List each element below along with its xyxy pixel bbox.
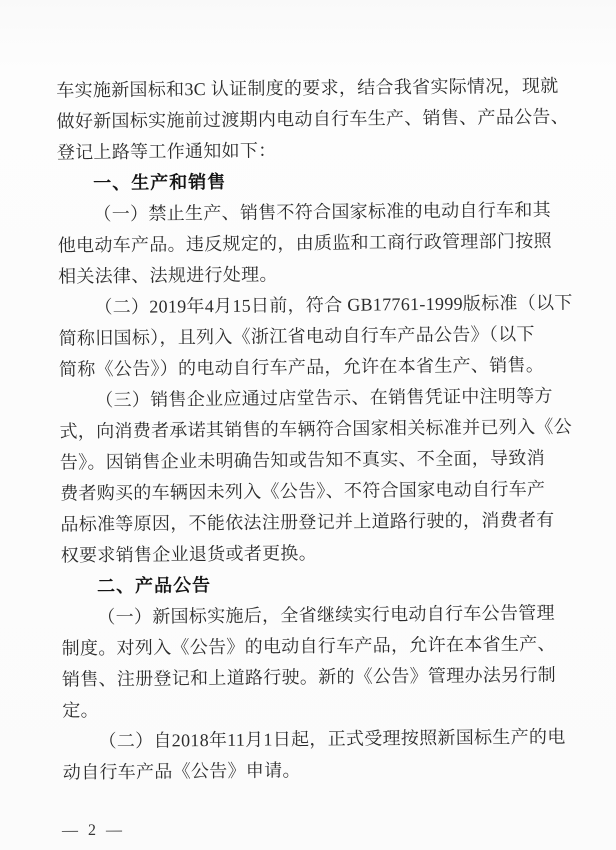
body-line: （一）禁止生产、销售不符合国家标准的电动自行车和其 xyxy=(57,195,567,231)
body-line: 登记上路等工作通知如下： xyxy=(57,133,567,169)
section-2-heading: 二、产品公告 xyxy=(61,567,571,603)
body-line: （二）2019年4月15日前，符合 GB17761-1999版标准（以下 xyxy=(58,288,568,324)
body-line: 式，向消费者承诺其销售的车辆符合国家相关标准并已列入《公 xyxy=(59,412,569,448)
body-line: 简称《公告》）的电动自行车产品，允许在本省生产、销售。 xyxy=(59,350,569,386)
body-line: 简称旧国标），且列入《浙江省电动自行车产品公告》（以下 xyxy=(59,319,569,355)
body-line: 车实施新国标和3C 认证制度的要求，结合我省实际情况，现就 xyxy=(56,71,566,107)
body-line: 品标准等原因，不能依法注册登记并上道路行驶的，消费者有 xyxy=(60,505,570,541)
body-line: （三）销售企业应通过店堂告示、在销售凭证中注明等方 xyxy=(59,381,569,417)
page-number: — 2 — xyxy=(62,821,125,841)
document-body: 车实施新国标和3C 认证制度的要求，结合我省实际情况，现就 做好新国标实施前过渡… xyxy=(56,71,573,789)
body-line: 权要求销售企业退货或者更换。 xyxy=(61,536,571,572)
body-line: 销售、注册登记和上道路行驶。新的《公告》管理办法另行制 xyxy=(62,660,572,696)
body-line: 相关法律、法规进行处理。 xyxy=(58,257,568,293)
body-line: 做好新国标实施前过渡期内电动自行车生产、销售、产品公告、 xyxy=(56,102,566,138)
body-line: 定。 xyxy=(62,691,572,727)
body-line: （二）自2018年11月1日起，正式受理按照新国标生产的电 xyxy=(62,722,572,758)
body-line: 动自行车产品《公告》申请。 xyxy=(63,753,573,789)
section-1-heading: 一、生产和销售 xyxy=(57,164,567,200)
body-line: （一）新国标实施后，全省继续实行电动自行车公告管理 xyxy=(61,598,571,634)
body-line: 制度。对列入《公告》的电动自行车产品，允许在本省生产、 xyxy=(62,629,572,665)
scanned-document-page: 车实施新国标和3C 认证制度的要求，结合我省实际情况，现就 做好新国标实施前过渡… xyxy=(0,0,616,850)
body-line: 告》。因销售企业未明确告知或告知不真实、不全面，导致消 xyxy=(60,443,570,479)
body-line: 费者购买的车辆因未列入《公告》、不符合国家电动自行车产 xyxy=(60,474,570,510)
body-line: 他电动车产品。违反规定的，由质监和工商行政管理部门按照 xyxy=(58,226,568,262)
